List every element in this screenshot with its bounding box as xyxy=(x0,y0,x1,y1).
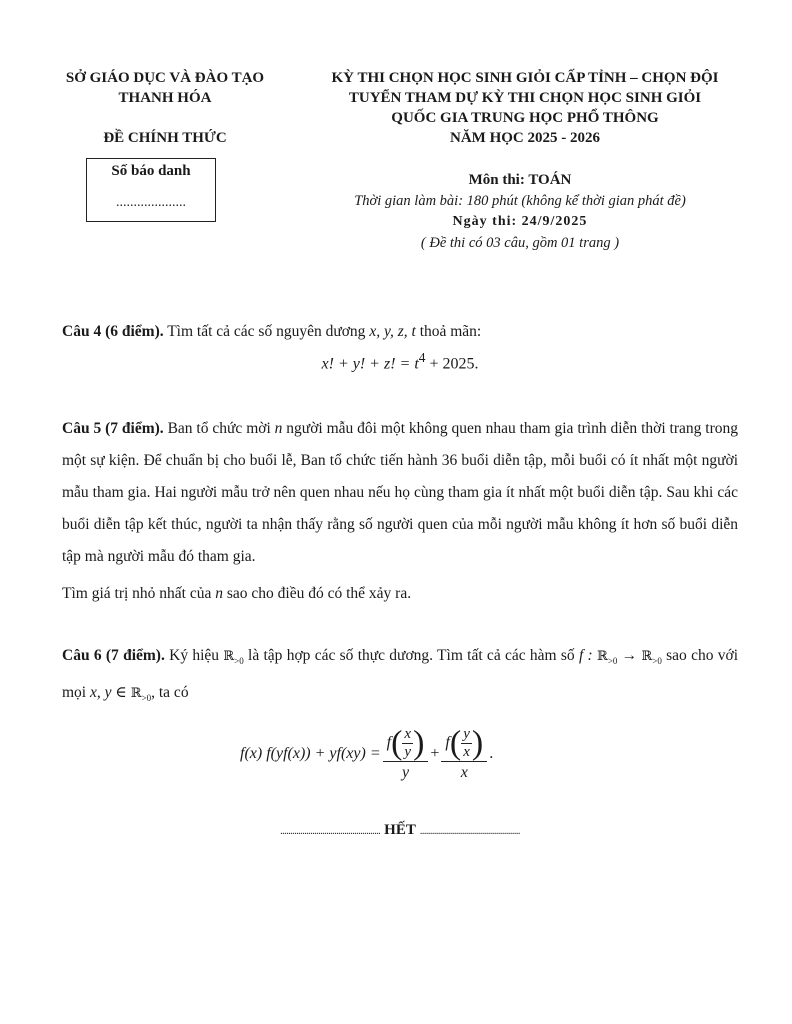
exam-title-line-2: TUYỂN THAM DỰ KỲ THI CHỌN HỌC SINH GIỎI xyxy=(290,88,760,108)
question-5-ask-text: Tìm giá trị nhỏ nhất của xyxy=(62,585,215,602)
fraction-2: f(yx) x xyxy=(441,726,487,782)
question-4-vars: x, y, z, t xyxy=(369,323,416,340)
candidate-number-blank: .................... xyxy=(87,195,215,211)
equation-end: . xyxy=(489,745,493,763)
question-4: Câu 4 (6 điểm). Tìm tất cả các số nguyên… xyxy=(62,316,738,348)
real-set-subscript: >0 xyxy=(652,656,662,666)
function-declaration: f : xyxy=(579,647,597,664)
question-5: Câu 5 (7 điểm). Ban tổ chức mời n người … xyxy=(62,413,738,573)
exam-duration: Thời gian làm bài: 180 phút (không kể th… xyxy=(300,193,740,210)
question-4-text: Tìm tất cả các số nguyên dương xyxy=(164,323,370,340)
end-dots-left: ........................................… xyxy=(280,826,380,837)
real-set-subscript: >0 xyxy=(142,693,152,703)
end-marker: ........................................… xyxy=(220,822,580,839)
province-name: THANH HÓA xyxy=(40,88,290,108)
question-4-text-end: thoả mãn: xyxy=(416,323,481,340)
question-6-text-4: , ta có xyxy=(151,684,188,701)
question-4-equation: x! + y! + z! = t4 + 2025. xyxy=(62,350,738,373)
real-set-subscript: >0 xyxy=(608,656,618,666)
question-6-text-2: là tập hợp các số thực dương. Tìm tất cả… xyxy=(244,647,579,664)
end-dots-right: ........................................… xyxy=(420,826,520,837)
exam-date: Ngày thi: 24/9/2025 xyxy=(300,214,740,230)
candidate-number-label: Số báo danh xyxy=(87,163,215,180)
question-5-label: Câu 5 (7 điểm). xyxy=(62,420,164,437)
plus-sign: + xyxy=(430,745,439,763)
question-5-ask-var: n xyxy=(215,585,223,602)
real-set-symbol: ℝ xyxy=(597,649,608,664)
question-6-text-1: Ký hiệu xyxy=(165,647,224,664)
school-year: NĂM HỌC 2025 - 2026 xyxy=(290,128,760,148)
question-6-equation: f(x) f(yf(x)) + yf(xy) = f(xy) y + f(yx)… xyxy=(240,708,580,798)
real-set-symbol: ℝ xyxy=(223,649,234,664)
fraction-2-denominator: x xyxy=(441,762,487,782)
question-4-label: Câu 4 (6 điểm). xyxy=(62,323,164,340)
department-name: SỞ GIÁO DỤC VÀ ĐÀO TẠO xyxy=(40,68,290,88)
equation-lhs: x! + y! + z! = xyxy=(322,355,415,372)
question-5-text-2: người mẫu đôi một không quen nhau tham g… xyxy=(62,420,738,565)
real-set-subscript: >0 xyxy=(234,656,244,666)
official-label: ĐỀ CHÍNH THỨC xyxy=(40,130,290,147)
question-6-vars: x, y ∈ xyxy=(90,684,131,701)
real-set-symbol: ℝ xyxy=(131,686,142,701)
exam-title-line-3: QUỐC GIA TRUNG HỌC PHỔ THÔNG xyxy=(290,108,760,128)
question-6: Câu 6 (7 điểm). Ký hiệu ℝ>0 là tập hợp c… xyxy=(62,640,738,714)
question-6-label: Câu 6 (7 điểm). xyxy=(62,647,165,664)
fraction-1-denominator: y xyxy=(383,762,429,782)
exam-title-line-1: KỲ THI CHỌN HỌC SINH GIỎI CẤP TỈNH – CHỌ… xyxy=(290,68,760,88)
exam-page-note: ( Đề thi có 03 câu, gồm 01 trang ) xyxy=(300,235,740,252)
arrow-icon: → xyxy=(617,647,641,664)
inner-denominator: x xyxy=(461,744,472,761)
equation-lhs: f(x) f(yf(x)) + yf(xy) = xyxy=(240,745,381,763)
fraction-1: f(xy) y xyxy=(383,726,429,782)
inner-numerator: x xyxy=(402,726,413,744)
exam-subject: Môn thi: TOÁN xyxy=(300,172,740,189)
equation-rhs: + 2025. xyxy=(425,355,478,372)
candidate-number-box: Số báo danh .................... xyxy=(86,158,216,222)
question-5-text-1: Ban tổ chức mời xyxy=(164,420,275,437)
inner-numerator: y xyxy=(461,726,472,744)
department-header: SỞ GIÁO DỤC VÀ ĐÀO TẠO THANH HÓA xyxy=(40,68,290,108)
real-set-symbol: ℝ xyxy=(641,649,652,664)
exam-title: KỲ THI CHỌN HỌC SINH GIỎI CẤP TỈNH – CHỌ… xyxy=(290,68,760,148)
question-5-ask-end: sao cho điều đó có thể xảy ra. xyxy=(223,585,411,602)
inner-denominator: y xyxy=(402,744,413,761)
end-label: HẾT xyxy=(384,822,416,838)
question-5-ask: Tìm giá trị nhỏ nhất của n sao cho điều … xyxy=(62,585,738,603)
